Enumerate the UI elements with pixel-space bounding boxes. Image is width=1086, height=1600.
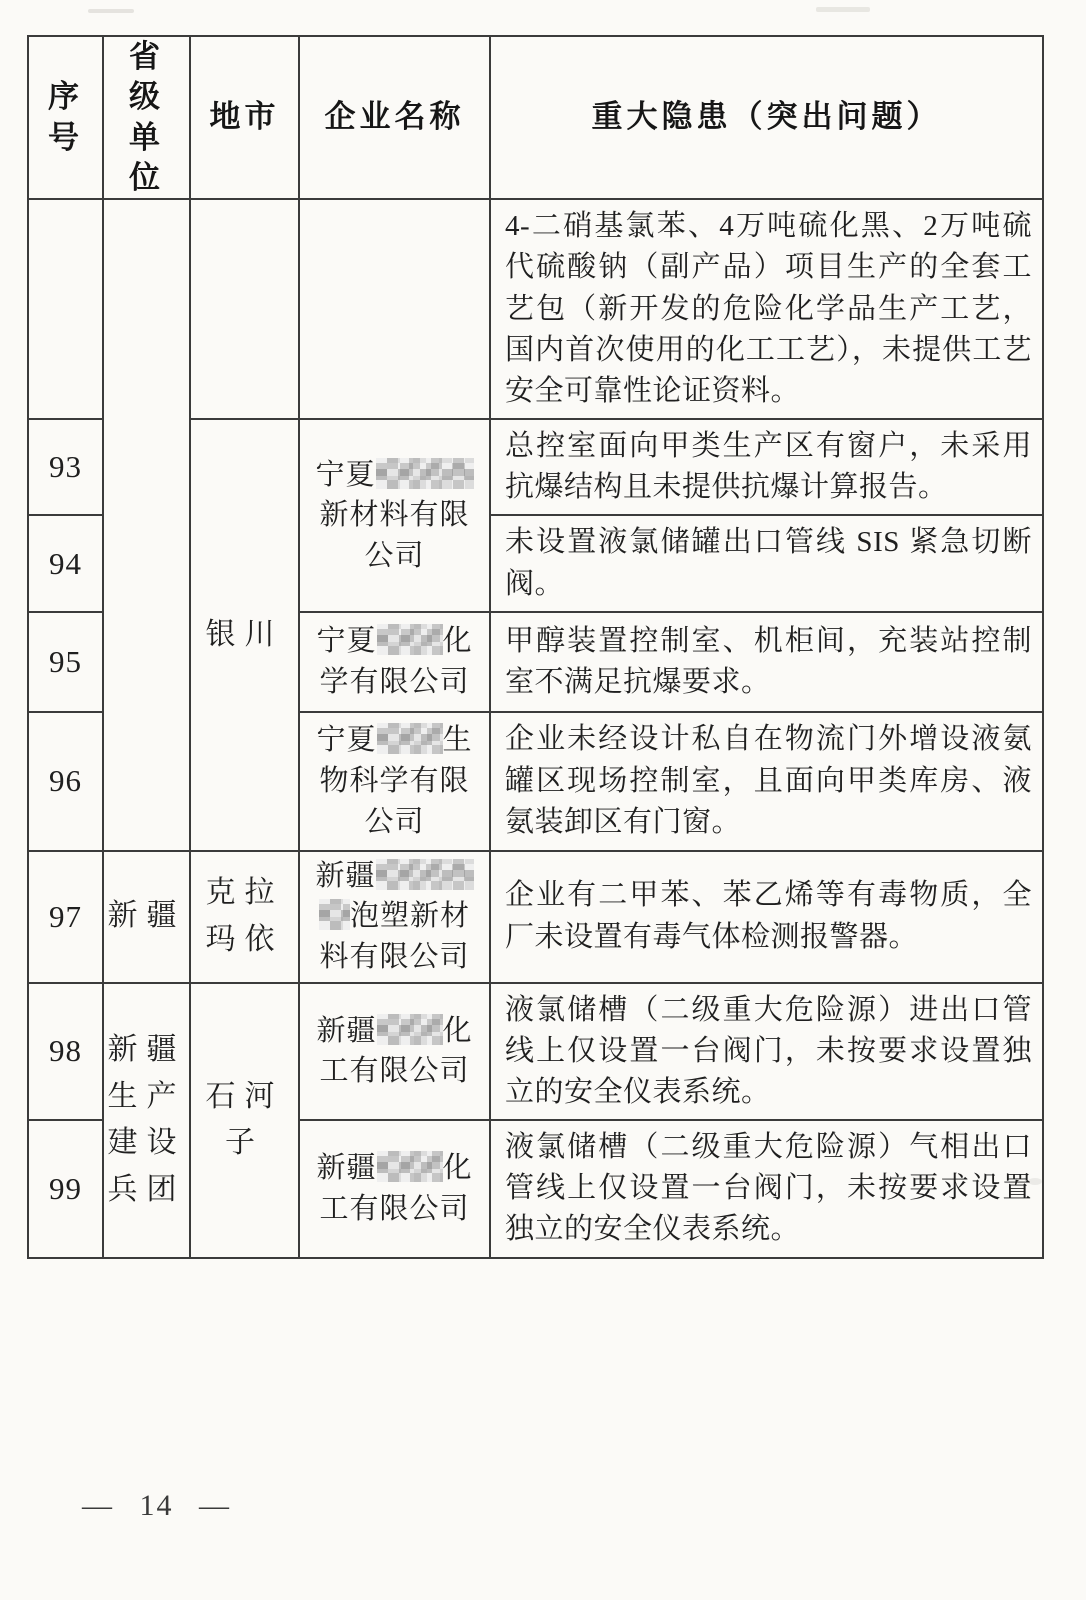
table-row-98: 98 新疆生产建设兵团 石河子 新疆化工有限公司 液氯储槽（二级重大危险源）进出… xyxy=(28,983,1043,1121)
cell-serial-97: 97 xyxy=(28,851,103,983)
header-issue: 重大隐患（突出问题） xyxy=(490,36,1043,199)
redaction-mosaic xyxy=(319,899,350,930)
page-number: — 14 — xyxy=(82,1489,231,1523)
cell-city-karamay: 克拉玛依 xyxy=(190,851,299,983)
cell-serial-98: 98 xyxy=(28,983,103,1121)
company-name-part: 新材料有限公司 xyxy=(319,499,469,572)
redaction-mosaic xyxy=(377,1151,443,1182)
cell-issue-99: 液氯储槽（二级重大危险源）气相出口管线上仅设置一台阀门，未按要求设置独立的安全仪… xyxy=(490,1120,1043,1258)
cell-company-98: 新疆化工有限公司 xyxy=(299,983,490,1121)
scan-artifact xyxy=(88,9,134,13)
company-name-part: 新疆 xyxy=(316,1015,376,1047)
cell-issue-94: 未设置液氯储罐出口管线 SIS 紧急切断阀。 xyxy=(490,515,1043,611)
redaction-mosaic xyxy=(376,458,474,489)
scan-artifact xyxy=(816,7,870,12)
cell-company-93-94: 宁夏新材料有限公司 xyxy=(299,419,490,612)
redaction-mosaic xyxy=(377,1014,443,1045)
table-row-continuation: 4-二硝基氯苯、4万吨硫化黑、2万吨硫代硫酸钠（副产品）项目生产的全套工艺包（新… xyxy=(28,199,1043,419)
cell-province-xinjiang: 新疆 xyxy=(103,851,190,983)
cell-issue-97: 企业有二甲苯、苯乙烯等有毒物质，全厂未设置有毒气体检测报警器。 xyxy=(490,851,1043,983)
scanned-document-page: 序号 省级单位 地市 企业名称 重大隐患（突出问题） 4-二硝基氯苯、4万吨硫化… xyxy=(0,0,1086,1600)
company-name-part: 新疆 xyxy=(316,1152,376,1184)
table-row-97: 97 新疆 克拉玛依 新疆泡塑新材料有限公司 企业有二甲苯、苯乙烯等有毒物质，全… xyxy=(28,851,1043,983)
cell-serial-99: 99 xyxy=(28,1120,103,1258)
cell-company-99: 新疆化工有限公司 xyxy=(299,1120,490,1258)
cell-issue-cont: 4-二硝基氯苯、4万吨硫化黑、2万吨硫代硫酸钠（副产品）项目生产的全套工艺包（新… xyxy=(490,199,1043,419)
cell-company-95: 宁夏化学有限公司 xyxy=(299,612,490,712)
cell-company-cont xyxy=(299,199,490,419)
cell-company-96: 宁夏生物科学有限公司 xyxy=(299,712,490,851)
cell-serial-93: 93 xyxy=(28,419,103,515)
company-name-part: 宁夏 xyxy=(316,625,376,657)
cell-province-bingtuan: 新疆生产建设兵团 xyxy=(103,983,190,1258)
header-city: 地市 xyxy=(190,36,299,199)
header-province: 省级单位 xyxy=(103,36,190,199)
cell-serial-94: 94 xyxy=(28,515,103,611)
redaction-mosaic xyxy=(377,723,443,754)
header-serial: 序号 xyxy=(28,36,103,199)
redaction-mosaic xyxy=(377,624,443,655)
cell-company-97: 新疆泡塑新材料有限公司 xyxy=(299,851,490,983)
company-name-part: 新疆 xyxy=(315,860,375,892)
cell-city-yinchuan: 银川 xyxy=(190,419,299,851)
cell-serial-95: 95 xyxy=(28,612,103,712)
cell-serial-96: 96 xyxy=(28,712,103,851)
cell-issue-96: 企业未经设计私自在物流门外增设液氨罐区现场控制室，且面向甲类库房、液氨装卸区有门… xyxy=(490,712,1043,851)
company-name-part: 宁夏 xyxy=(316,724,376,756)
cell-city-shihezi: 石河子 xyxy=(190,983,299,1258)
table-header-row: 序号 省级单位 地市 企业名称 重大隐患（突出问题） xyxy=(28,36,1043,199)
company-name-part: 宁夏 xyxy=(315,459,375,491)
cell-province-cont xyxy=(103,199,190,851)
cell-issue-95: 甲醇装置控制室、机柜间，充装站控制室不满足抗爆要求。 xyxy=(490,612,1043,712)
header-company: 企业名称 xyxy=(299,36,490,199)
cell-issue-98: 液氯储槽（二级重大危险源）进出口管线上仅设置一台阀门，未按要求设置独立的安全仪表… xyxy=(490,983,1043,1121)
hazard-table: 序号 省级单位 地市 企业名称 重大隐患（突出问题） 4-二硝基氯苯、4万吨硫化… xyxy=(27,35,1044,1259)
cell-serial-cont xyxy=(28,199,103,419)
cell-city-cont xyxy=(190,199,299,419)
redaction-mosaic xyxy=(376,859,474,890)
cell-issue-93: 总控室面向甲类生产区有窗户，未采用抗爆结构且未提供抗爆计算报告。 xyxy=(490,419,1043,515)
